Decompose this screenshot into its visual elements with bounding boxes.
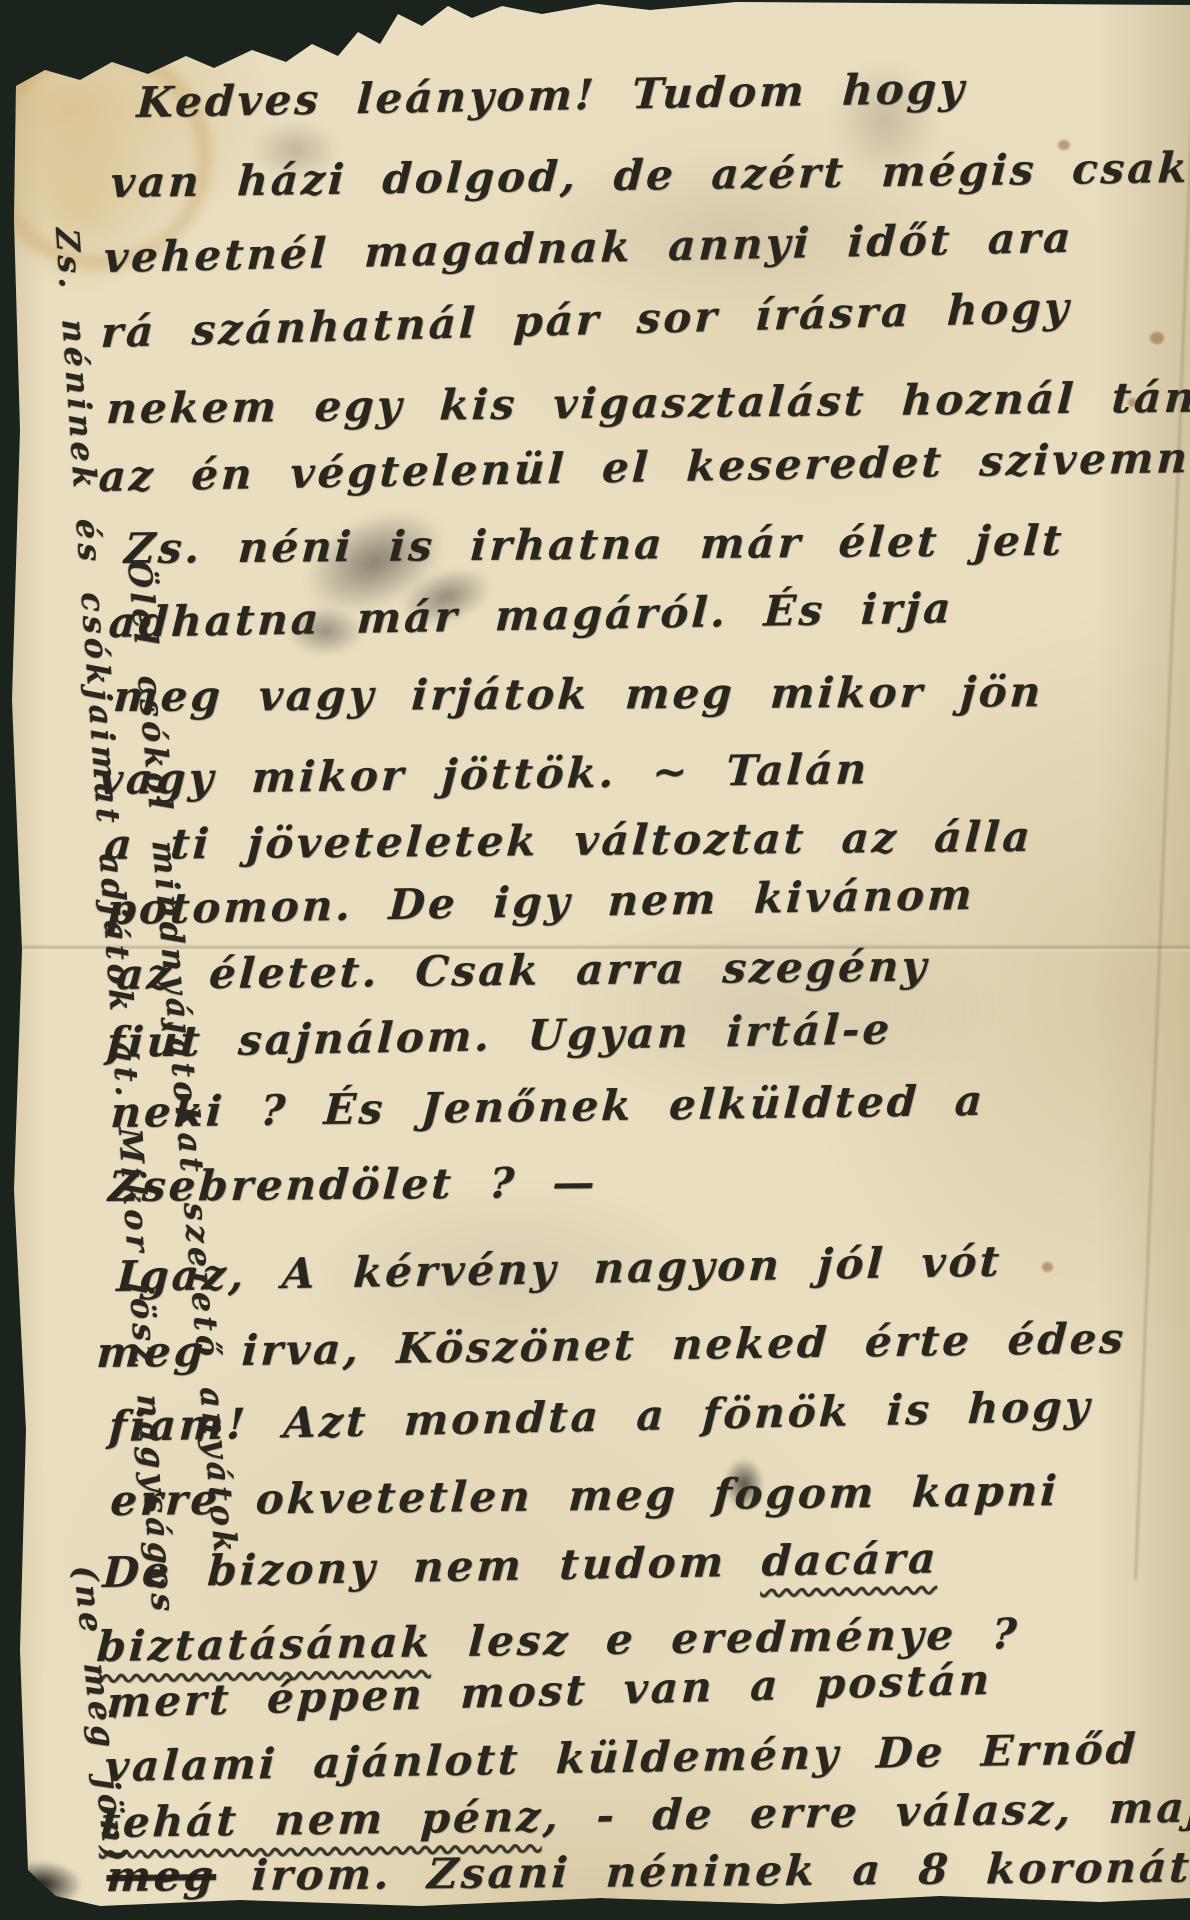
letter-line: vehetnél magadnak annyi időt ara — [103, 213, 1075, 282]
letter-line: neki ? És Jenőnek elküldted a — [109, 1076, 986, 1137]
underlined-phrase: tehát nem pénz — [99, 1792, 544, 1847]
letter-line: Zs. néni is irhatna már élet jelt — [123, 516, 1066, 573]
letter-line: valami ajánlott küldemény De Ernőd — [103, 1724, 1139, 1791]
letter-line-segment: , - de erre válasz, majd — [542, 1782, 1190, 1841]
letter-line: az én végtelenül el keseredet szivemnek — [97, 432, 1190, 501]
letter-line-segment: irom. Zsani néninek a 8 koronát még — [215, 1841, 1190, 1900]
letter-line: tehát nem pénz, - de erre válasz, majd — [99, 1782, 1190, 1847]
letter-line: erre okvetetlen meg fogom kapni — [109, 1466, 1061, 1525]
letter-line: meg irva, Köszönet neked érte édes — [95, 1314, 1127, 1377]
rust-speck — [1042, 1262, 1053, 1272]
letter-line: adhatna már magáról. És irja — [107, 583, 954, 647]
letter-paper: Kedves leányom! Tudom hogy van házi dolg… — [0, 0, 1190, 1920]
letter-line: meg irom. Zsani néninek a 8 koronát még — [105, 1841, 1190, 1901]
letter-line: Igaz, A kérvény nagyon jól vót — [115, 1237, 1003, 1302]
edge-crease — [1134, 21, 1190, 1580]
scanned-letter-page: Kedves leányom! Tudom hogy van házi dolg… — [0, 0, 1190, 1920]
letter-line: a ti jöveteletek változtat az álla — [103, 812, 1034, 869]
rust-speck — [1150, 332, 1164, 344]
underlined-word: dacára — [761, 1533, 940, 1585]
letter-line: az életet. Csak arra szegény — [115, 941, 930, 999]
letter-line: rá szánhatnál pár sor írásra hogy — [100, 283, 1072, 357]
letter-line: fiam! Azt mondta a fönök is hogy — [108, 1381, 1094, 1451]
letter-line: nekem egy kis vigasztalást hoznál tán — [105, 373, 1190, 433]
corner-ink-blot — [2, 1862, 80, 1908]
letter-line: meg vagy irjátok meg mikor jön — [112, 667, 1045, 721]
underlined-word: biztatásának — [95, 1617, 434, 1671]
letter-line: vagy mikor jöttök. ~ Talán — [97, 744, 870, 804]
letter-line-segment: De bizony nem tudom — [101, 1536, 763, 1597]
